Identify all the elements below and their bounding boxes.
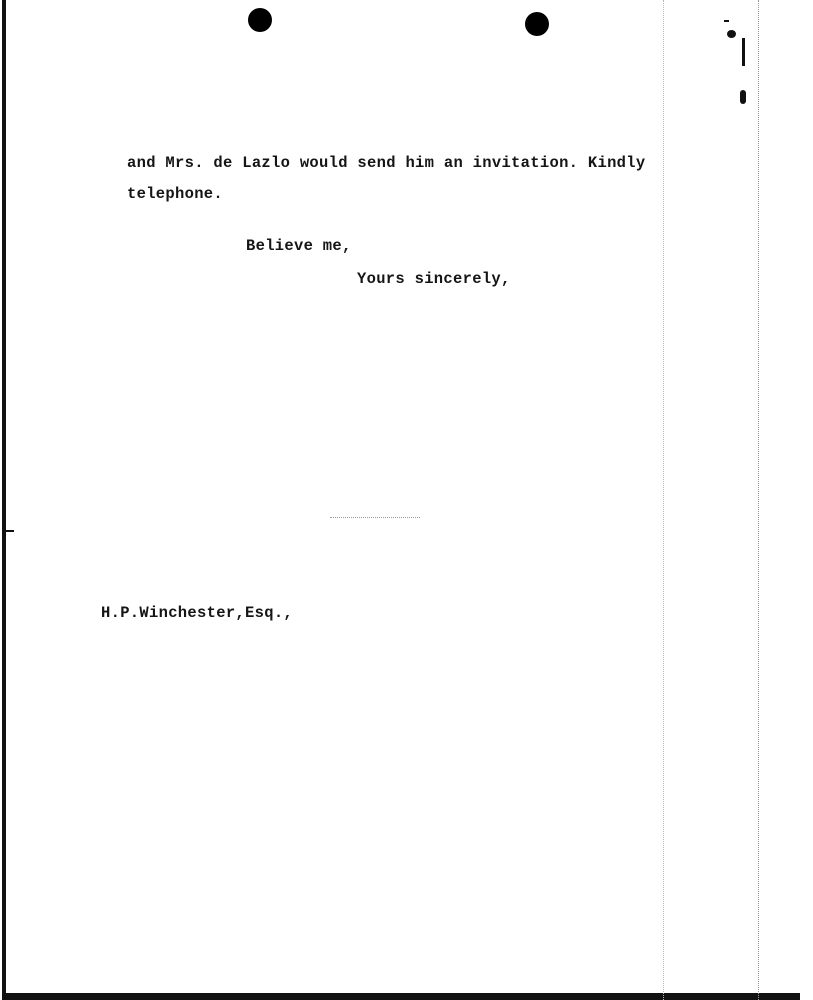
ink-mark	[740, 90, 746, 104]
scan-speckle-line	[758, 0, 759, 1000]
letter-closing: Believe me,	[246, 237, 352, 255]
fold-line	[663, 0, 664, 1000]
page-left-border	[2, 0, 6, 995]
ink-mark	[727, 30, 736, 38]
punch-hole-left	[248, 8, 272, 32]
punch-hole-right	[525, 12, 549, 36]
body-text-line: and Mrs. de Lazlo would send him an invi…	[127, 154, 645, 172]
page-bottom-border	[2, 993, 800, 1000]
ink-mark	[6, 530, 14, 532]
letter-page: and Mrs. de Lazlo would send him an invi…	[0, 0, 813, 1000]
body-text-line: telephone.	[127, 185, 223, 203]
ink-mark	[724, 20, 729, 22]
smudge-mark	[330, 517, 420, 518]
addressee: H.P.Winchester,Esq.,	[101, 604, 293, 622]
letter-signoff: Yours sincerely,	[357, 270, 511, 288]
ink-mark	[742, 38, 745, 66]
